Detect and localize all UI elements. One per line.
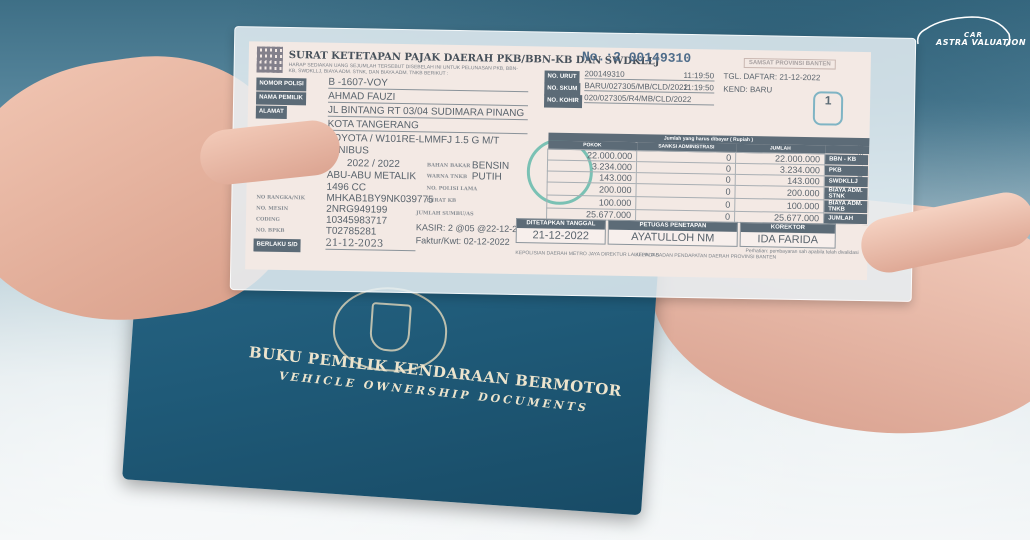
value-berlaku: 21-12-2023 — [325, 238, 415, 252]
label-no-mesin: NO. MESIN — [256, 205, 288, 212]
tax-document: SURAT KETETAPAN PAJAK DAERAH PKB/BBN-KB … — [245, 41, 871, 280]
qr-code-icon — [257, 46, 283, 72]
kend-status: KEND: BARU — [723, 85, 772, 95]
label-bahan-bakar: BAHAN BAKAR — [427, 162, 470, 169]
brand-logo: CAR ASTRA VALUATION — [912, 14, 1012, 50]
label-coding: CODING — [256, 216, 280, 222]
label-alamat: ALAMAT — [256, 105, 287, 119]
petugas-value: AYATULLOH NM — [609, 230, 737, 246]
logo-line2: ASTRA VALUATION — [936, 38, 1026, 47]
serial-number: 085937335 — [855, 144, 864, 182]
payment-table: Jumlah yang harus dibayar ( Rupiah ) POK… — [546, 133, 869, 226]
value-warna-tnkb: PUTIH — [472, 171, 502, 183]
value-nomor-polisi: B -1607-VOY — [328, 77, 528, 92]
item-cell: BIAYA ADM. STNK — [824, 187, 868, 201]
value-warna: ABU-ABU METALIK — [327, 170, 416, 183]
label-berlaku: BERLAKU S/D — [253, 238, 300, 252]
petugas-box: PETUGAS PENETAPAN AYATULLOH NM — [608, 220, 738, 247]
korektor-value: IDA FARIDA — [741, 232, 835, 248]
value-no-kohir: 020/027305/R4/MB/CLD/2022 — [584, 93, 714, 105]
value-kota: KOTA TANGERANG — [328, 119, 528, 134]
label-no-polisi-lama: NO. POLISI LAMA — [426, 185, 477, 192]
ditetapkan-value: 21-12-2022 — [517, 228, 605, 244]
label-jumlah-sumbu: JUMLAH SUMBU/AS — [416, 210, 474, 217]
time-no-skum: 11:19:50 — [683, 83, 714, 93]
label-no-bpkb: NO. BPKB — [256, 227, 285, 233]
label-warna-tnkb: WARNA TNKB — [427, 173, 467, 180]
ditetapkan-box: DITETAPKAN TANGGAL 21-12-2022 — [516, 218, 606, 245]
value-isi-silinder: 1496 CC — [326, 182, 366, 194]
value-faktur: Faktur/Kwt: 02-12-2022 — [416, 235, 510, 247]
time-no-urut: 11:19:50 — [683, 71, 714, 81]
samsat-box: SAMSAT PROVINSI BANTEN — [744, 58, 836, 70]
korektor-box: KOREKTOR IDA FARIDA — [740, 222, 836, 249]
value-tahun: 2022 / 2022 — [347, 158, 400, 170]
item-cell: BIAYA ADM. TNKB — [824, 200, 868, 214]
value-alamat: JL BINTANG RT 03/04 SUDIMARA PINANG — [328, 105, 528, 120]
lembar-badge: 1 — [813, 91, 844, 126]
value-no-bpkb: T02785281 — [326, 226, 377, 238]
label-no-rangka: NO RANGKA/NIK — [256, 194, 305, 201]
label-nomor-polisi: NOMOR POLISI — [256, 77, 307, 91]
label-no-kohir: NO. KOHIR — [544, 94, 582, 108]
value-nama-pemilik: AHMAD FAUZI — [328, 91, 528, 106]
label-nama-pemilik: NAMA PEMILIK — [256, 91, 306, 105]
value-bahan-bakar: BENSIN — [472, 160, 509, 172]
tgl-daftar: TGL. DAFTAR: 21-12-2022 — [723, 72, 820, 83]
document-number: No.:2 00149310 — [582, 49, 691, 66]
label-berat-kb: BERAT KB — [426, 197, 456, 204]
